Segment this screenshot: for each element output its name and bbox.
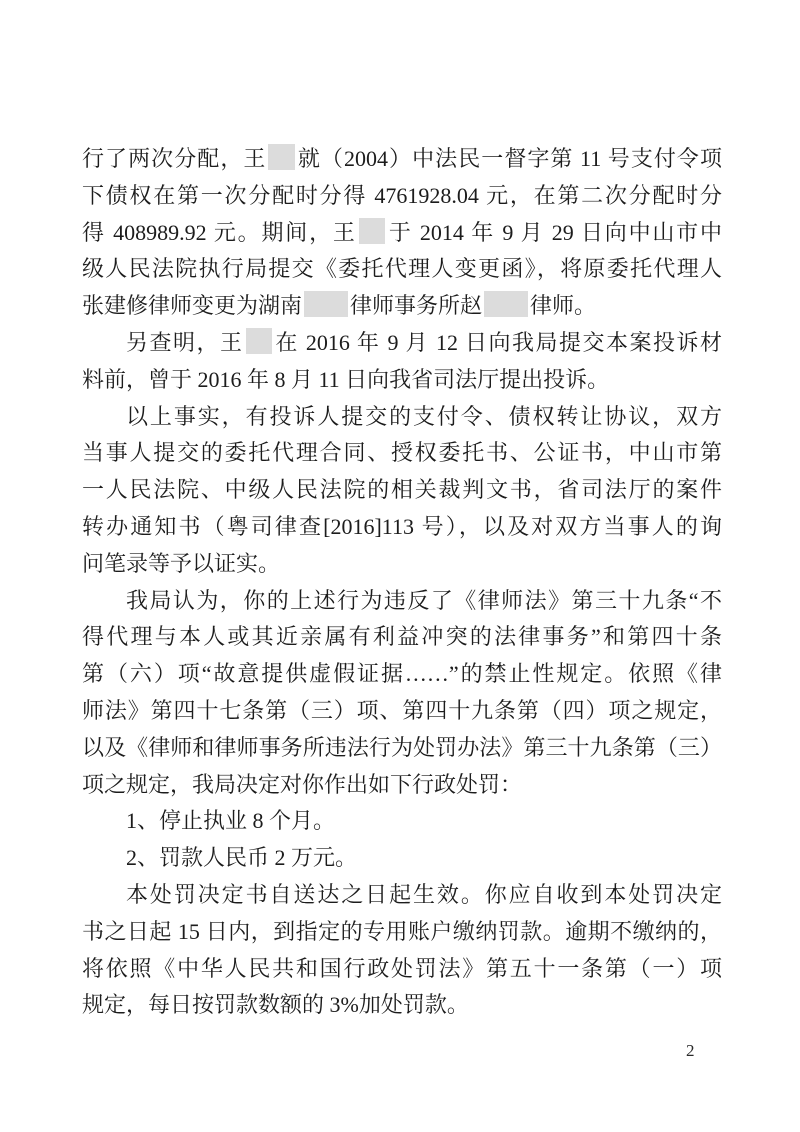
page-number: 2 [686,1040,695,1062]
paragraph: 我局认为，你的上述行为违反了《律师法》第三十九条“不得代理与本人或其近亲属有利益… [82,583,722,804]
text-run: 当事人提交的委托代理合同、授权委托书、公证书，中山市第 [82,440,722,465]
text-line: 师法》第四十七条第（三）项、第四十九条第（四）项之规定， [82,693,722,730]
text-line: 1、停止执业 8 个月。 [82,803,722,840]
text-line: 一人民法院、中级人民法院的相关裁判文书，省司法厅的案件 [82,472,722,509]
text-run: 将依照《中华人民共和国行政处罚法》第五十一条第（一）项 [82,956,722,981]
text-run: 以上事实，有投诉人提交的支付令、债权转让协议，双方 [126,404,722,429]
text-run: 料前，曾于 2016 年 8 月 11 日向我省司法厅提出投诉。 [82,367,609,392]
paragraph: 本处罚决定书自送达之日起生效。你应自收到本处罚决定书之日起 15 日内，到指定的… [82,877,722,1024]
text-line: 另查明，王在 2016 年 9 月 12 日向我局提交本案投诉材 [82,325,722,362]
redaction-box [484,291,528,317]
text-line: 本处罚决定书自送达之日起生效。你应自收到本处罚决定 [82,877,722,914]
text-run: 2、罚款人民币 2 万元。 [126,845,357,870]
text-line: 以上事实，有投诉人提交的支付令、债权转让协议，双方 [82,399,722,436]
redaction-box [359,218,385,244]
text-run: 师法》第四十七条第（三）项、第四十九条第（四）项之规定， [82,698,722,723]
text-run: 张建修律师变更为湖南 [82,293,302,318]
document-page: 行了两次分配，王就（2004）中法民一督字第 11 号支付令项下债权在第一次分配… [0,0,800,1132]
text-line: 转办通知书（粤司律查[2016]113 号），以及对双方当事人的询 [82,509,722,546]
text-run: 转办通知书（粤司律查[2016]113 号），以及对双方当事人的询 [82,514,722,539]
redaction-box [246,328,272,354]
paragraph: 行了两次分配，王就（2004）中法民一督字第 11 号支付令项下债权在第一次分配… [82,141,722,325]
text-run: 律师。 [530,293,596,318]
text-run: 就（2004）中法民一督字第 11 号支付令项 [297,146,722,171]
text-line: 问笔录等予以证实。 [82,546,722,583]
text-line: 规定，每日按罚款数额的 3%加处罚款。 [82,987,722,1024]
text-run: 律师事务所赵 [350,293,482,318]
text-line: 将依照《中华人民共和国行政处罚法》第五十一条第（一）项 [82,951,722,988]
text-line: 第（六）项“故意提供虚假证据……”的禁止性规定。依照《律 [82,656,722,693]
text-run: 问笔录等予以证实。 [82,551,280,576]
text-line: 张建修律师变更为湖南律师事务所赵律师。 [82,288,722,325]
paragraph: 1、停止执业 8 个月。 [82,803,722,840]
paragraph: 另查明，王在 2016 年 9 月 12 日向我局提交本案投诉材料前，曾于 20… [82,325,722,399]
text-run: 在 2016 年 9 月 12 日向我局提交本案投诉材 [274,330,722,355]
text-run: 书之日起 15 日内，到指定的专用账户缴纳罚款。逾期不缴纳的， [82,919,722,944]
text-run: 项之规定，我局决定对你作出如下行政处罚： [82,772,522,797]
text-line: 以及《律师和律师事务所违法行为处罚办法》第三十九条第（三） [82,730,722,767]
paragraph: 以上事实，有投诉人提交的支付令、债权转让协议，双方当事人提交的委托代理合同、授权… [82,399,722,583]
text-run: 规定，每日按罚款数额的 3%加处罚款。 [82,992,469,1017]
text-line: 行了两次分配，王就（2004）中法民一督字第 11 号支付令项 [82,141,722,178]
text-run: 级人民法院执行局提交《委托代理人变更函》，将原委托代理人 [82,256,722,281]
text-run: 得 408989.92 元。期间，王 [82,220,357,245]
redaction-box [268,144,294,170]
text-run: 于 2014 年 9 月 29 日向中山市中 [387,220,722,245]
text-line: 料前，曾于 2016 年 8 月 11 日向我省司法厅提出投诉。 [82,362,722,399]
paragraph: 2、罚款人民币 2 万元。 [82,840,722,877]
redaction-box [304,291,348,317]
text-run: 行了两次分配，王 [82,146,266,171]
text-run: 另查明，王 [126,330,244,355]
text-run: 本处罚决定书自送达之日起生效。你应自收到本处罚决定 [126,882,722,907]
text-run: 我局认为，你的上述行为违反了《律师法》第三十九条“不 [126,588,722,613]
text-line: 当事人提交的委托代理合同、授权委托书、公证书，中山市第 [82,435,722,472]
text-line: 下债权在第一次分配时分得 4761928.04 元，在第二次分配时分 [82,178,722,215]
text-line: 得 408989.92 元。期间，王于 2014 年 9 月 29 日向中山市中 [82,215,722,252]
text-line: 项之规定，我局决定对你作出如下行政处罚： [82,767,722,804]
document-body: 行了两次分配，王就（2004）中法民一督字第 11 号支付令项下债权在第一次分配… [82,141,722,1024]
text-run: 1、停止执业 8 个月。 [126,808,335,833]
text-line: 2、罚款人民币 2 万元。 [82,840,722,877]
text-line: 书之日起 15 日内，到指定的专用账户缴纳罚款。逾期不缴纳的， [82,914,722,951]
text-run: 得代理与本人或其近亲属有利益冲突的法律事务”和第四十条 [82,624,722,649]
text-run: 第（六）项“故意提供虚假证据……”的禁止性规定。依照《律 [82,661,722,686]
text-line: 我局认为，你的上述行为违反了《律师法》第三十九条“不 [82,583,722,620]
text-line: 级人民法院执行局提交《委托代理人变更函》，将原委托代理人 [82,251,722,288]
text-run: 下债权在第一次分配时分得 4761928.04 元，在第二次分配时分 [82,183,722,208]
text-run: 以及《律师和律师事务所违法行为处罚办法》第三十九条第（三） [82,735,722,760]
text-run: 一人民法院、中级人民法院的相关裁判文书，省司法厅的案件 [82,477,722,502]
text-line: 得代理与本人或其近亲属有利益冲突的法律事务”和第四十条 [82,619,722,656]
